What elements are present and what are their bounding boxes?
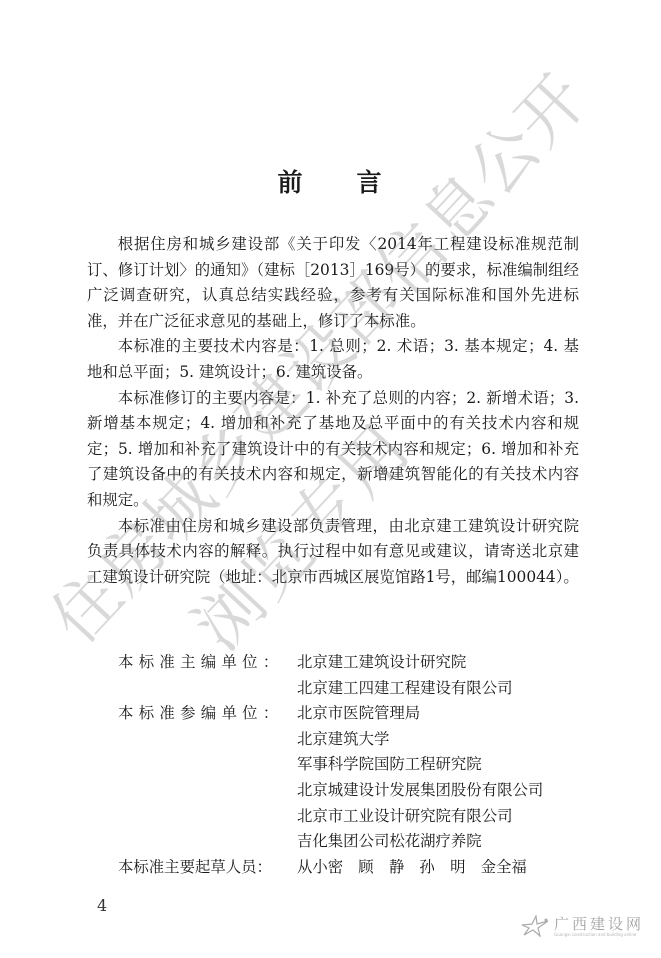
paragraph-management: 本标准由住房和城乡建设部负责管理，由北京建工建筑设计研究院负责具体技术内容的解释… [87, 514, 579, 591]
participating-unit: 北京建筑大学 [297, 727, 543, 753]
participating-units-label: 本标准参编单位： [87, 701, 297, 855]
site-logo: 广西建设网 Guangxi construction and building … [520, 915, 644, 937]
document-page: 前言 根据住房和城乡建设部《关于印发〈2014年工程建设标准规范制订、修订计划〉… [0, 0, 661, 958]
drafter-name: 从小密 [297, 855, 343, 881]
participating-unit: 北京城建设计发展集团股份有限公司 [297, 778, 543, 804]
participating-unit: 吉化集团公司松花湖疗养院 [297, 829, 543, 855]
drafters-row: 本标准主要起草人员： 从小密 顾 静 孙 明 金全福 [87, 855, 587, 881]
drafter-name: 顾 静 [358, 855, 404, 881]
paragraph-revisions: 本标准修订的主要内容是：1. 补充了总则的内容；2. 新增术语；3. 新增基本规… [87, 386, 579, 514]
drafters-label: 本标准主要起草人员： [87, 855, 297, 881]
drafter-name: 孙 明 [419, 855, 465, 881]
participating-unit: 北京市工业设计研究院有限公司 [297, 804, 543, 830]
participating-units-row: 本标准参编单位： 北京市医院管理局 北京建筑大学 军事科学院国防工程研究院 北京… [87, 701, 587, 855]
participating-unit: 军事科学院国防工程研究院 [297, 752, 543, 778]
logo-subtitle: Guangxi construction and building online [554, 932, 644, 937]
drafter-name: 金全福 [481, 855, 527, 881]
chief-unit: 北京建工建筑设计研究院 [297, 650, 512, 676]
preface-body: 根据住房和城乡建设部《关于印发〈2014年工程建设标准规范制订、修订计划〉的通知… [87, 232, 579, 590]
credits-section: 本标准主编单位： 北京建工建筑设计研究院 北京建工四建工程建设有限公司 本标准参… [87, 650, 587, 880]
chief-units-row: 本标准主编单位： 北京建工建筑设计研究院 北京建工四建工程建设有限公司 [87, 650, 587, 701]
title-char-1: 前 [277, 163, 304, 199]
page-number: 4 [97, 896, 107, 915]
star-logo-icon [520, 915, 550, 937]
paragraph-background: 根据住房和城乡建设部《关于印发〈2014年工程建设标准规范制订、修订计划〉的通知… [87, 232, 579, 334]
chief-unit: 北京建工四建工程建设有限公司 [297, 676, 512, 702]
chief-units-label: 本标准主编单位： [87, 650, 297, 701]
paragraph-main-content: 本标准的主要技术内容是：1. 总则；2. 术语；3. 基本规定；4. 基地和总平… [87, 334, 579, 385]
title-char-2: 言 [357, 163, 384, 199]
logo-name: 广西建设网 [554, 916, 644, 932]
page-title: 前言 [0, 163, 661, 199]
participating-unit: 北京市医院管理局 [297, 701, 543, 727]
